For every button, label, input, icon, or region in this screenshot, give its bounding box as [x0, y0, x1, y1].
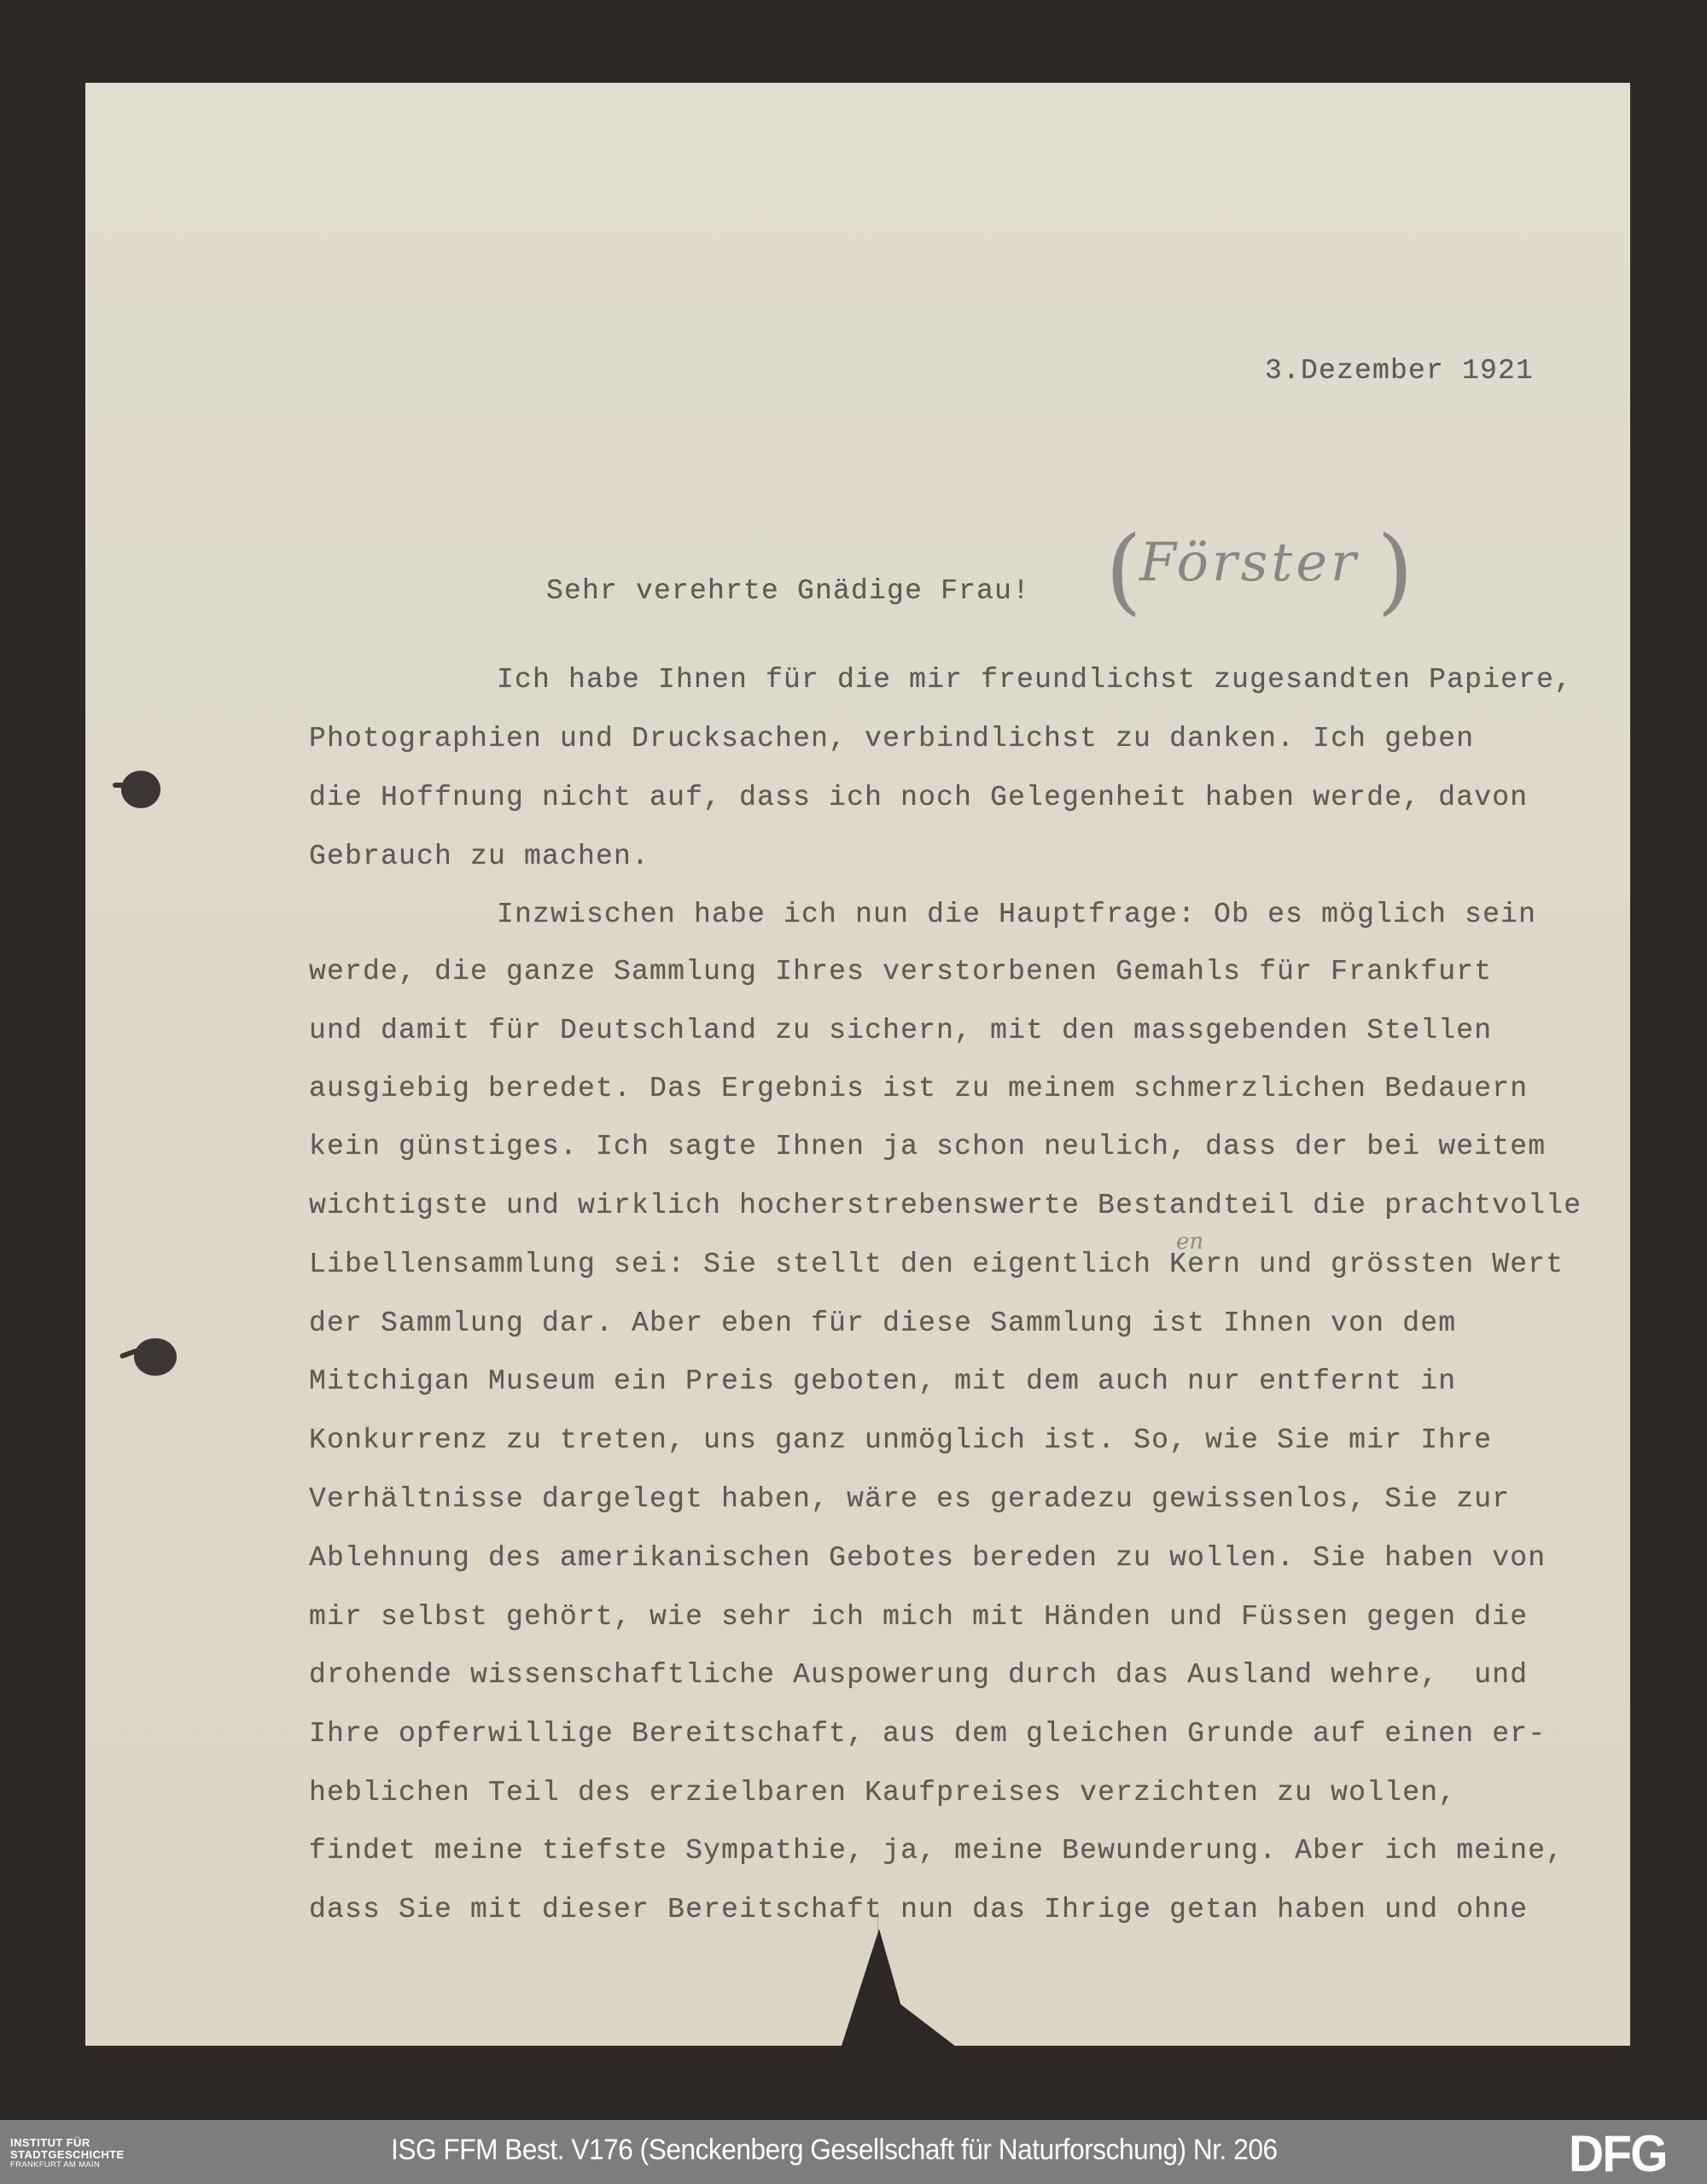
body-line: ausgiebig beredet. Das Ergebnis ist zu m…	[309, 1075, 1528, 1103]
body-line: Ich habe Ihnen für die mir freundlichst …	[497, 666, 1572, 694]
pencil-annotation-text: Förster	[1139, 531, 1360, 593]
body-line: wichtigste und wirklich hocherstrebenswe…	[309, 1191, 1582, 1220]
letter-salutation: Sehr verehrte Gnädige Frau!	[546, 577, 1030, 605]
punch-hole-icon	[121, 771, 160, 808]
body-line: drohende wissenschaftliche Auspowerung d…	[309, 1661, 1528, 1689]
punch-hole-icon	[134, 1338, 177, 1376]
institute-logo-line1: INSTITUT FÜR	[10, 2137, 125, 2149]
body-line: kein günstiges. Ich sagte Ihnen ja schon…	[309, 1133, 1546, 1161]
archive-reference-caption: ISG FFM Best. V176 (Senckenberg Gesellsc…	[391, 2134, 1278, 2167]
letter-date: 3.Dezember 1921	[1265, 357, 1534, 385]
body-line: Gebrauch zu machen.	[309, 842, 650, 871]
body-line: die Hoffnung nicht auf, dass ich noch Ge…	[309, 783, 1528, 812]
archive-footer-bar: INSTITUT FÜR STADTGESCHICHTE FRANKFURT A…	[0, 2120, 1707, 2184]
pencil-insertion: en	[1176, 1229, 1203, 1255]
body-line: dass Sie mit dieser Bereitschaft nun das…	[309, 1896, 1528, 1924]
dfg-logo-icon: DFG	[1569, 2129, 1667, 2180]
institute-logo-line2: STADTGESCHICHTE	[10, 2149, 125, 2161]
body-line: der Sammlung dar. Aber eben für diese Sa…	[309, 1309, 1456, 1337]
body-line: und damit für Deutschland zu sichern, mi…	[309, 1016, 1492, 1045]
body-line: heblichen Teil des erzielbaren Kaufpreis…	[309, 1779, 1456, 1807]
body-line: Libellensammlung sei: Sie stellt den eig…	[309, 1250, 1564, 1278]
body-line: Konkurrenz zu treten, uns ganz unmöglich…	[309, 1426, 1492, 1454]
body-line: werde, die ganze Sammlung Ihres verstorb…	[309, 958, 1492, 986]
body-line: Mitchigan Museum ein Preis geboten, mit …	[309, 1367, 1456, 1395]
body-line: findet meine tiefste Sympathie, ja, mein…	[309, 1837, 1564, 1865]
body-line: Ablehnung des amerikanischen Gebotes ber…	[309, 1544, 1546, 1572]
pencil-annotation: ( Förster )	[1105, 515, 1417, 622]
body-line: mir selbst gehört, wie sehr ich mich mit…	[309, 1603, 1528, 1631]
paren-right: )	[1377, 515, 1417, 625]
body-line: Photographien und Drucksachen, verbindli…	[309, 725, 1474, 753]
institute-logo: INSTITUT FÜR STADTGESCHICHTE FRANKFURT A…	[10, 2137, 125, 2169]
institute-logo-line3: FRANKFURT AM MAIN	[10, 2161, 125, 2169]
body-line: Verhältnisse dargelegt haben, wäre es ge…	[309, 1485, 1510, 1513]
body-line: Inzwischen habe ich nun die Hauptfrage: …	[497, 900, 1536, 929]
body-line: Ihre opferwillige Bereitschaft, aus dem …	[309, 1720, 1546, 1748]
